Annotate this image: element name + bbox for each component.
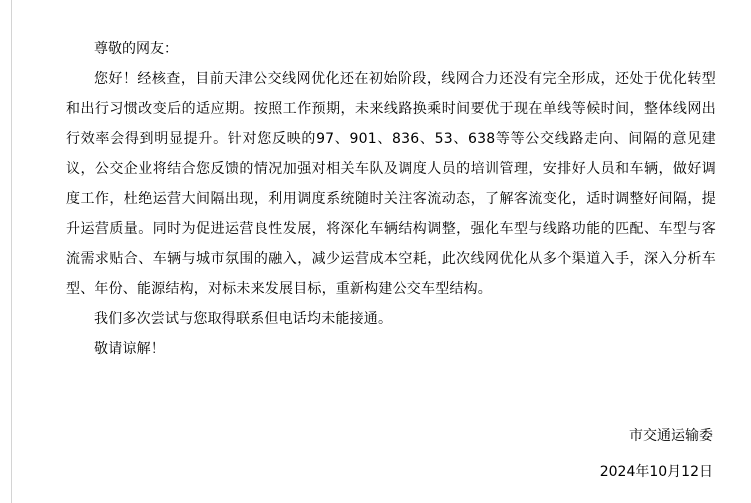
signature-organization: 市交通运输委 xyxy=(600,418,713,454)
body-paragraph-contact: 我们多次尝试与您取得联系但电话均未能接通。 xyxy=(66,304,716,334)
body-paragraph-main: 您好！经核查，目前天津公交线网优化还在初始阶段，线网合力还没有完全形成，还处于优… xyxy=(66,64,716,304)
signature-block: 市交通运输委 2024年10月12日 xyxy=(600,418,713,490)
reply-letter: 尊敬的网友： 您好！经核查，目前天津公交线网优化还在初始阶段，线网合力还没有完全… xyxy=(66,34,716,364)
signature-date: 2024年10月12日 xyxy=(600,454,713,490)
left-border-rule xyxy=(11,0,12,503)
salutation: 尊敬的网友： xyxy=(66,34,716,64)
body-paragraph-closing: 敬请谅解！ xyxy=(66,334,716,364)
